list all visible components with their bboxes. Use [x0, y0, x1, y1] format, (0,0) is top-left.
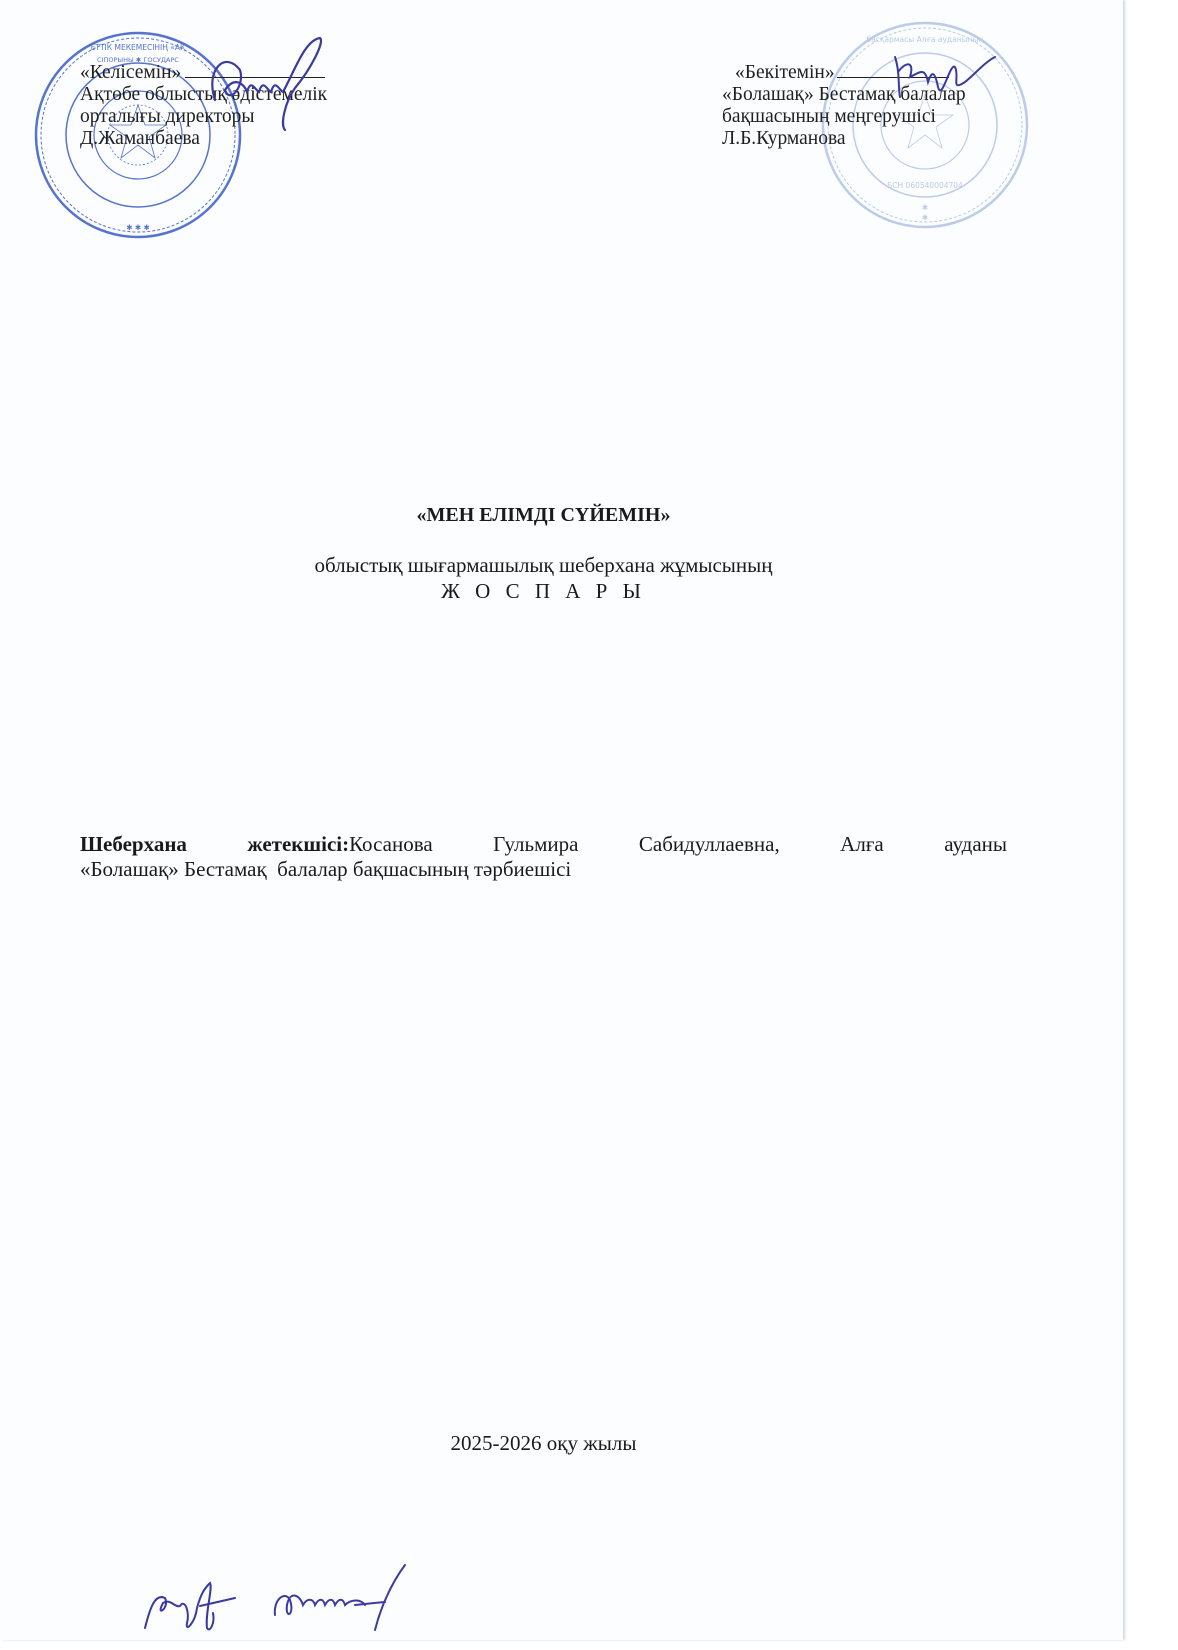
svg-text:✱: ✱	[922, 213, 928, 222]
signature-line	[185, 63, 325, 78]
agreed-label: «Келісемін»	[80, 62, 181, 83]
academic-year: 2025-2026 оқу жылы	[80, 1430, 1007, 1456]
approval-agreed-heading: «Келісемін»	[80, 62, 327, 84]
signature-line	[837, 63, 949, 78]
leader-label: Шеберхана жетекшісі:	[80, 832, 349, 856]
svg-text:ЕТТІК МЕКЕМЕСІНІҢ «АҚ: ЕТТІК МЕКЕМЕСІНІҢ «АҚ	[91, 43, 186, 52]
document-subtitle: облыстық шығармашылық шеберхана жұмысыны…	[80, 552, 1007, 578]
leader-line-1: Шеберхана жетекшісі:Косанова Гульмира Са…	[80, 832, 1007, 857]
approval-block-agreed: «Келісемін» Ақтөбе облыстық әдістемелік …	[80, 62, 327, 150]
approval-position-line: орталығы директоры	[80, 106, 327, 128]
workshop-leader-paragraph: Шеберхана жетекшісі:Косанова Гульмира Са…	[80, 832, 1007, 882]
svg-text:БСН 060540004704: БСН 060540004704	[887, 181, 963, 190]
approval-position-line: бақшасының меңгерушісі	[722, 106, 966, 128]
document-page: ЕТТІК МЕКЕМЕСІНІҢ «АҚ СІПОРЫНЫ ✱ ГОСУДАР…	[0, 0, 1123, 1640]
document-title: «МЕН ЕЛІМДІ СҮЙЕМІН»	[80, 503, 1007, 527]
leader-line-2: «Болашақ» Бестамақ балалар бақшасының тә…	[80, 857, 1007, 882]
svg-text:✱: ✱	[922, 203, 928, 212]
approval-person-name: Д.Жаманбаева	[80, 128, 327, 150]
signature-bottom-2	[265, 1560, 415, 1635]
svg-text:басқармасы Алға ауданының: басқармасы Алға ауданының	[867, 35, 984, 44]
document-plan-word: Ж О С П А Р Ы	[80, 578, 1007, 604]
signature-bottom-1	[135, 1568, 245, 1638]
approval-block-approved: «Бекітемін» «Болашақ» Бестамақ балалар б…	[722, 62, 966, 150]
leader-name-and-district: Косанова Гульмира Сабидуллаевна, Алға ау…	[349, 832, 1007, 856]
svg-text:✱ ✱ ✱: ✱ ✱ ✱	[126, 223, 150, 232]
approval-approved-heading: «Бекітемін»	[722, 62, 966, 84]
approved-label: «Бекітемін»	[735, 62, 835, 83]
approval-org-line: Ақтөбе облыстық әдістемелік	[80, 84, 327, 106]
approval-person-name: Л.Б.Курманова	[722, 128, 966, 150]
approval-org-line: «Болашақ» Бестамақ балалар	[722, 84, 966, 106]
